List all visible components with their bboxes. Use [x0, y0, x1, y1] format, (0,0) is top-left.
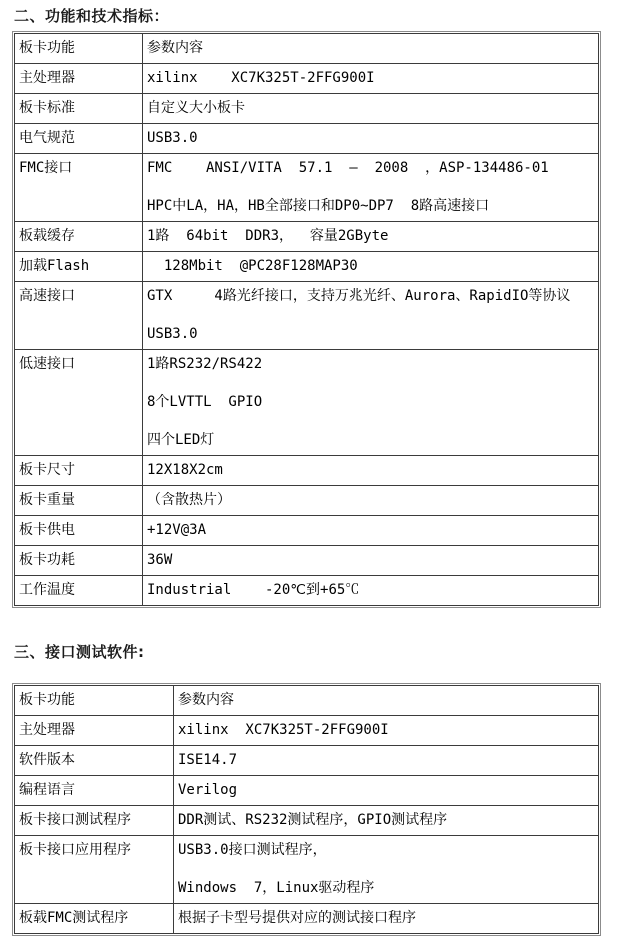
row-label: 电气规范 [15, 124, 143, 154]
row-value: ISE14.7 [174, 746, 599, 776]
row-value: 128Mbit @PC28F128MAP30 [143, 252, 599, 282]
row-label: 板卡供电 [15, 516, 143, 546]
value-line: （含散热片） [147, 492, 594, 509]
row-label: 软件版本 [15, 746, 174, 776]
value-line: xilinx XC7K325T-2FFG900I [147, 70, 594, 87]
row-value: Industrial -20℃到+65℃ [143, 576, 599, 606]
row-label: 加载Flash [15, 252, 143, 282]
value-line: 根据子卡型号提供对应的测试接口程序 [178, 910, 594, 927]
row-label: 板卡标准 [15, 94, 143, 124]
value-line: Verilog [178, 782, 594, 799]
row-value: 36W [143, 546, 599, 576]
table-row: 软件版本ISE14.7 [15, 746, 599, 776]
row-value: 1路RS232/RS4228个LVTTL GPIO四个LED灯 [143, 350, 599, 456]
row-value: 参数内容 [174, 686, 599, 716]
table-row: 板卡功能参数内容 [15, 686, 599, 716]
value-line: xilinx XC7K325T-2FFG900I [178, 722, 594, 739]
row-label: FMC接口 [15, 154, 143, 222]
value-line: 自定义大小板卡 [147, 100, 594, 117]
value-line: 1路 64bit DDR3， 容量2GByte [147, 228, 594, 245]
row-label: 板卡接口测试程序 [15, 806, 174, 836]
value-line: 参数内容 [178, 692, 594, 709]
row-value: 自定义大小板卡 [143, 94, 599, 124]
value-line: +12V@3A [147, 522, 594, 539]
section-title-specs: 二、功能和技术指标： [14, 8, 608, 24]
table-row: 板卡供电+12V@3A [15, 516, 599, 546]
table-row: 工作温度Industrial -20℃到+65℃ [15, 576, 599, 606]
row-label: 工作温度 [15, 576, 143, 606]
value-line: Industrial -20℃到+65℃ [147, 582, 594, 599]
row-value: （含散热片） [143, 486, 599, 516]
table-row: 低速接口1路RS232/RS4228个LVTTL GPIO四个LED灯 [15, 350, 599, 456]
table-row: 板卡接口应用程序USB3.0接口测试程序，Windows 7，Linux驱动程序 [15, 836, 599, 904]
value-line: 参数内容 [147, 40, 594, 57]
row-value: 根据子卡型号提供对应的测试接口程序 [174, 904, 599, 934]
row-label: 低速接口 [15, 350, 143, 456]
row-label: 主处理器 [15, 716, 174, 746]
table-row: 板卡尺寸12X18X2cm [15, 456, 599, 486]
value-line: 四个LED灯 [147, 432, 594, 449]
table-row: 编程语言Verilog [15, 776, 599, 806]
value-line: USB3.0 [147, 326, 594, 343]
spec-table: 板卡功能参数内容主处理器xilinx XC7K325T-2FFG900I板卡标准… [14, 33, 599, 606]
row-value: xilinx XC7K325T-2FFG900I [143, 64, 599, 94]
table-row: 高速接口GTX 4路光纤接口，支持万兆光纤、Aurora、RapidIO等协议U… [15, 282, 599, 350]
row-value: DDR测试、RS232测试程序，GPIO测试程序 [174, 806, 599, 836]
row-value: GTX 4路光纤接口，支持万兆光纤、Aurora、RapidIO等协议USB3.… [143, 282, 599, 350]
value-line: GTX 4路光纤接口，支持万兆光纤、Aurora、RapidIO等协议 [147, 288, 594, 305]
row-label: 板卡重量 [15, 486, 143, 516]
section-title-software: 三、接口测试软件: [14, 644, 608, 660]
value-line: HPC中LA，HA，HB全部接口和DP0~DP7 8路高速接口 [147, 198, 594, 215]
table-row: 板卡标准自定义大小板卡 [15, 94, 599, 124]
row-label: 板载FMC测试程序 [15, 904, 174, 934]
value-line: USB3.0 [147, 130, 594, 147]
row-value: xilinx XC7K325T-2FFG900I [174, 716, 599, 746]
value-line: 12X18X2cm [147, 462, 594, 479]
row-label: 板卡功耗 [15, 546, 143, 576]
row-label: 编程语言 [15, 776, 174, 806]
row-label: 板载缓存 [15, 222, 143, 252]
row-label: 板卡功能 [15, 686, 174, 716]
value-line: 8个LVTTL GPIO [147, 394, 594, 411]
table-row: 板卡功能参数内容 [15, 34, 599, 64]
table-row: 板卡重量（含散热片） [15, 486, 599, 516]
row-label: 板卡接口应用程序 [15, 836, 174, 904]
row-label: 板卡功能 [15, 34, 143, 64]
document-page: 二、功能和技术指标： 板卡功能参数内容主处理器xilinx XC7K325T-2… [0, 0, 622, 952]
row-value: 参数内容 [143, 34, 599, 64]
table-row: 主处理器xilinx XC7K325T-2FFG900I [15, 64, 599, 94]
value-line: 128Mbit @PC28F128MAP30 [147, 258, 594, 275]
row-value: FMC ANSI/VITA 57.1 – 2008 ，ASP-134486-01… [143, 154, 599, 222]
row-value: +12V@3A [143, 516, 599, 546]
value-line: Windows 7，Linux驱动程序 [178, 880, 594, 897]
value-line: 1路RS232/RS422 [147, 356, 594, 373]
row-value: Verilog [174, 776, 599, 806]
row-label: 板卡尺寸 [15, 456, 143, 486]
table-row: 加载Flash 128Mbit @PC28F128MAP30 [15, 252, 599, 282]
software-table: 板卡功能参数内容主处理器xilinx XC7K325T-2FFG900I软件版本… [14, 685, 599, 934]
row-label: 高速接口 [15, 282, 143, 350]
table-row: 主处理器xilinx XC7K325T-2FFG900I [15, 716, 599, 746]
table-row: 电气规范USB3.0 [15, 124, 599, 154]
value-line: FMC ANSI/VITA 57.1 – 2008 ，ASP-134486-01 [147, 160, 594, 177]
row-label: 主处理器 [15, 64, 143, 94]
row-value: USB3.0接口测试程序，Windows 7，Linux驱动程序 [174, 836, 599, 904]
row-value: 12X18X2cm [143, 456, 599, 486]
table-row: 板卡功耗36W [15, 546, 599, 576]
table-row: 板载FMC测试程序根据子卡型号提供对应的测试接口程序 [15, 904, 599, 934]
table-row: 板卡接口测试程序DDR测试、RS232测试程序，GPIO测试程序 [15, 806, 599, 836]
row-value: USB3.0 [143, 124, 599, 154]
table-row: FMC接口FMC ANSI/VITA 57.1 – 2008 ，ASP-1344… [15, 154, 599, 222]
table-row: 板载缓存1路 64bit DDR3， 容量2GByte [15, 222, 599, 252]
value-line: USB3.0接口测试程序， [178, 842, 594, 859]
value-line: ISE14.7 [178, 752, 594, 769]
row-value: 1路 64bit DDR3， 容量2GByte [143, 222, 599, 252]
value-line: 36W [147, 552, 594, 569]
value-line: DDR测试、RS232测试程序，GPIO测试程序 [178, 812, 594, 829]
